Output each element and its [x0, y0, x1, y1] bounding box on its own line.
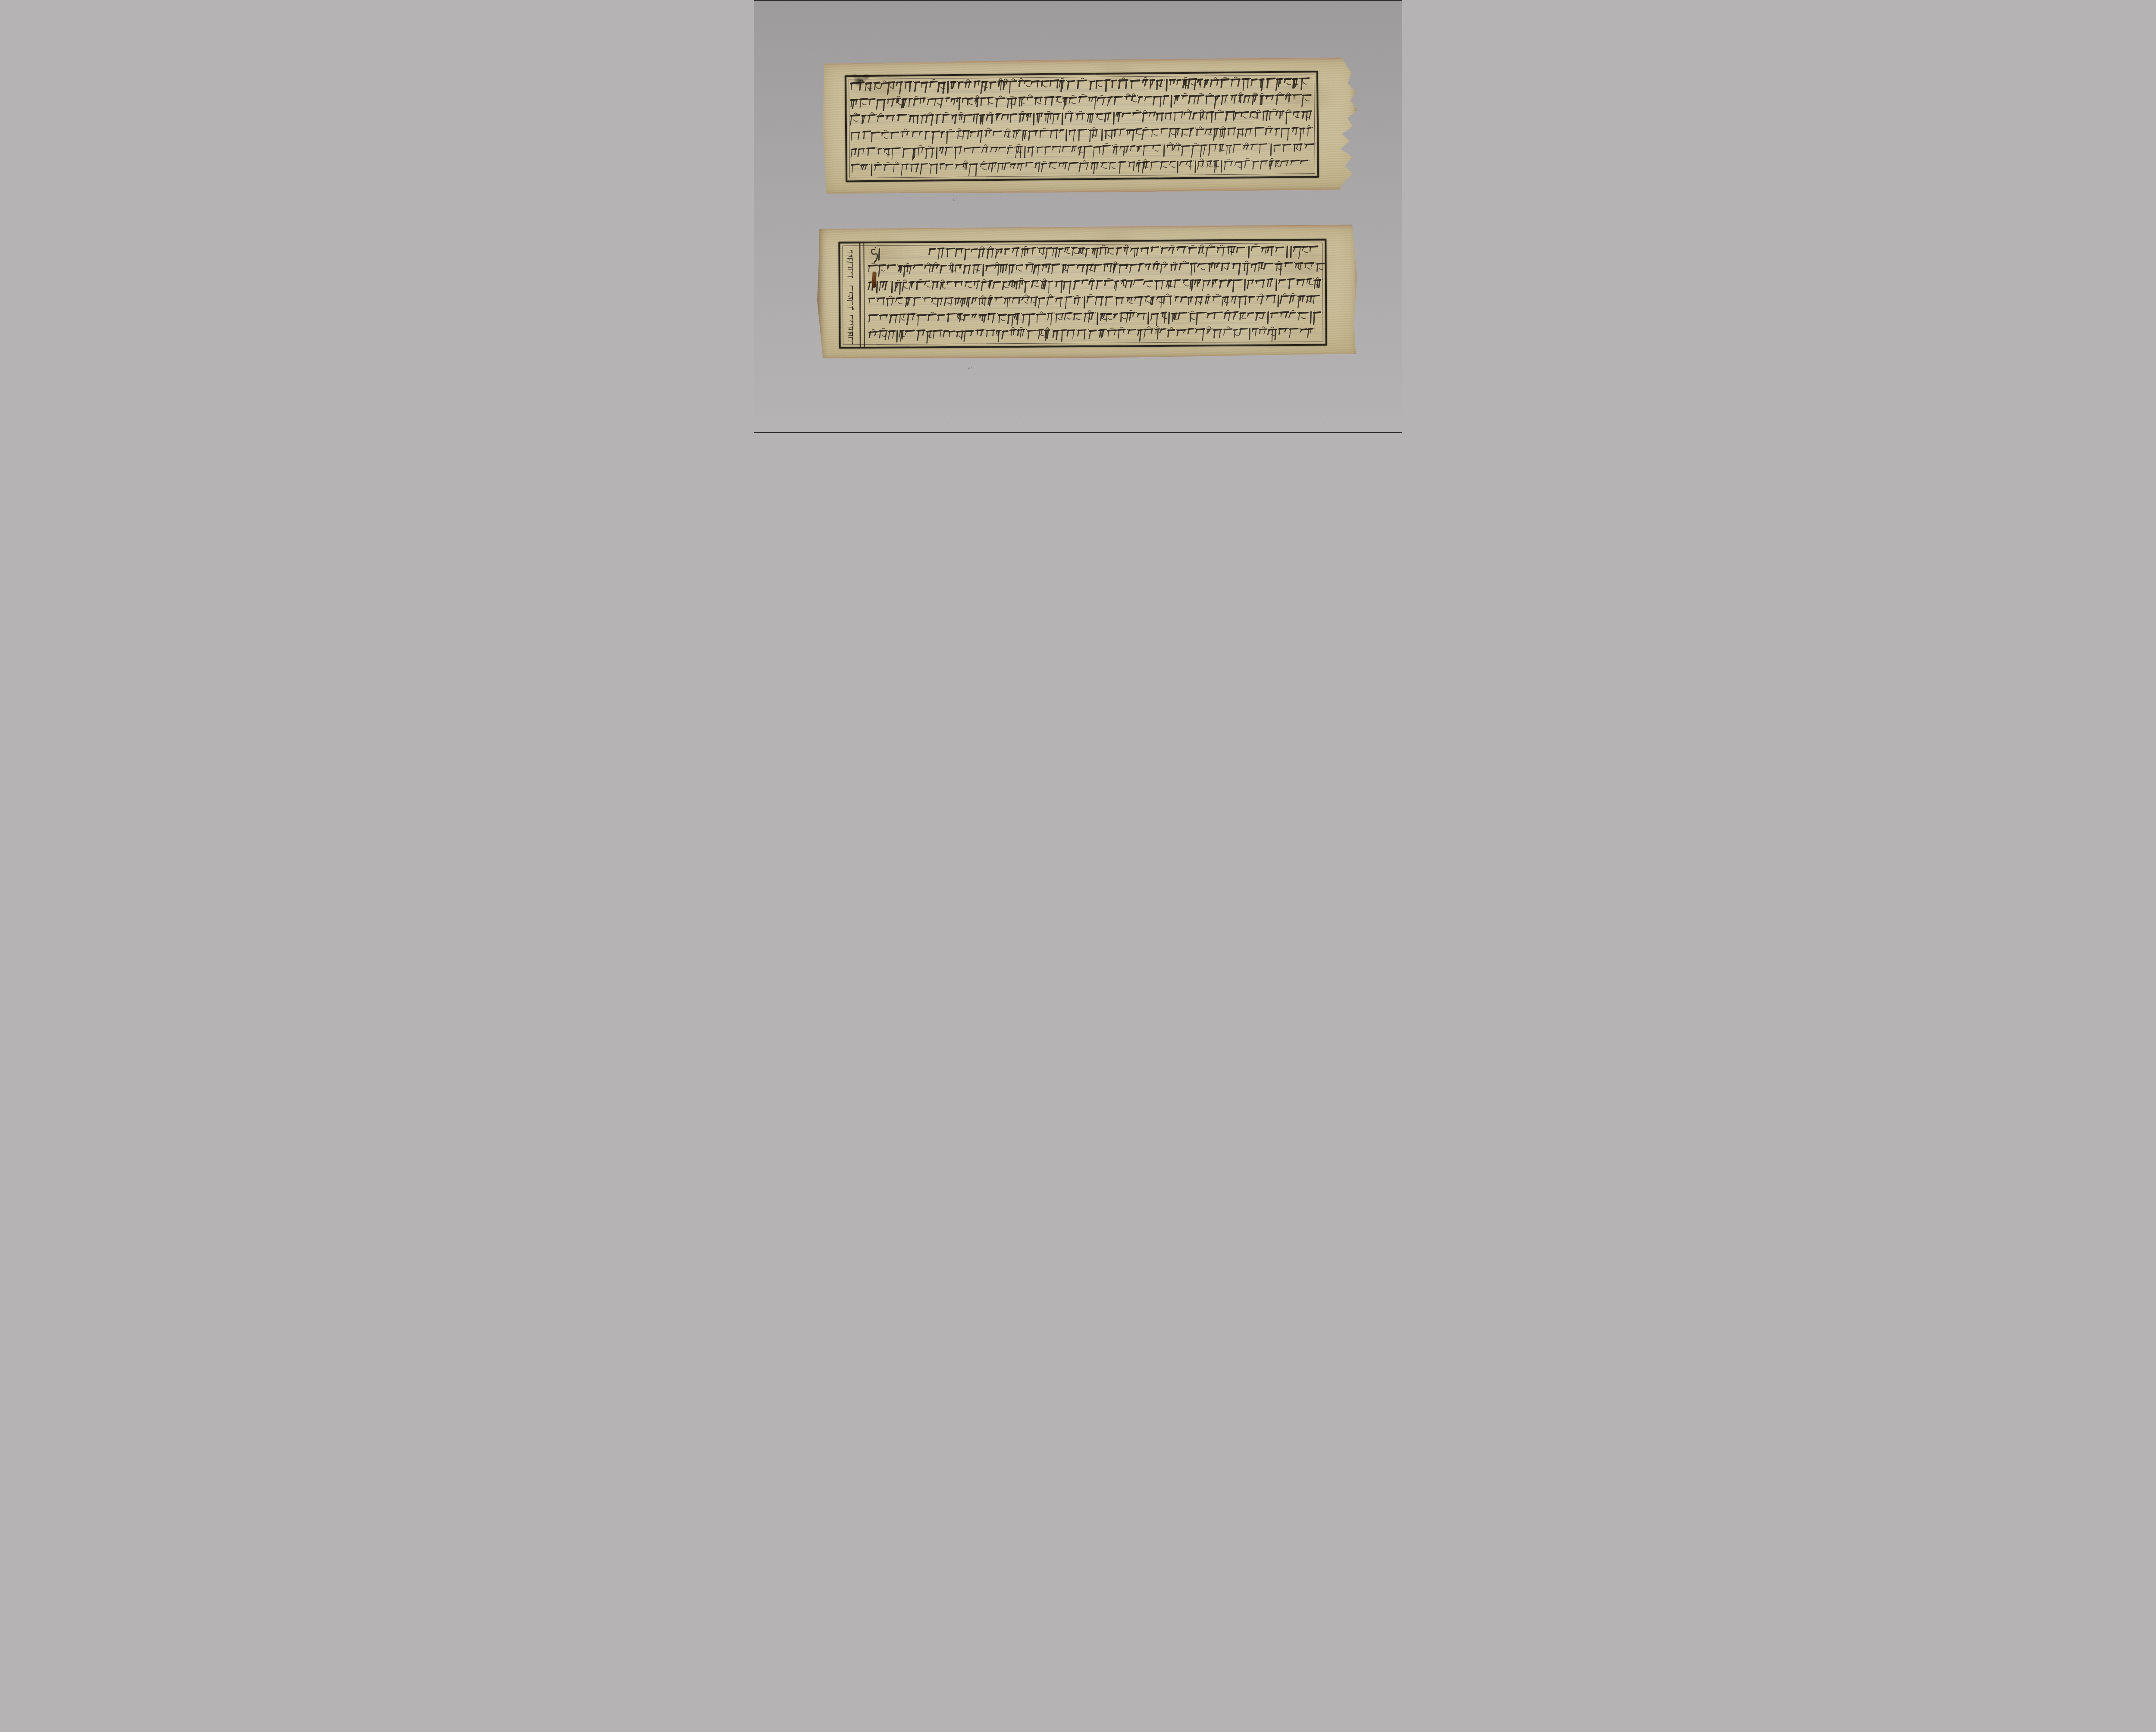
lower-manuscript-leaf — [817, 224, 1357, 360]
wormhole-damage — [872, 272, 877, 288]
marginalia-column — [840, 243, 865, 347]
text-line — [852, 157, 1312, 177]
photo-bottom-edge-line — [754, 432, 1402, 433]
lower-leaf-border-frame — [838, 239, 1327, 349]
lower-leaf-text-block — [868, 244, 1321, 344]
text-line — [869, 276, 1321, 295]
text-line — [869, 309, 1321, 327]
marginalia-group — [846, 250, 854, 278]
marginalia-group — [847, 286, 855, 310]
upper-leaf-text-block — [851, 75, 1312, 177]
margin-divider-rule — [859, 242, 865, 348]
upper-leaf-border-frame — [845, 71, 1319, 182]
upper-manuscript-leaf — [822, 57, 1359, 195]
metal-pin — [953, 198, 957, 201]
text-line — [869, 293, 1321, 311]
photo-backdrop — [754, 0, 1402, 433]
text-line — [869, 326, 1321, 344]
text-line — [868, 244, 1320, 262]
metal-pin — [968, 367, 972, 369]
text-line — [869, 260, 1321, 278]
photo-top-edge-line — [754, 0, 1402, 1]
marginalia-group — [847, 315, 855, 345]
